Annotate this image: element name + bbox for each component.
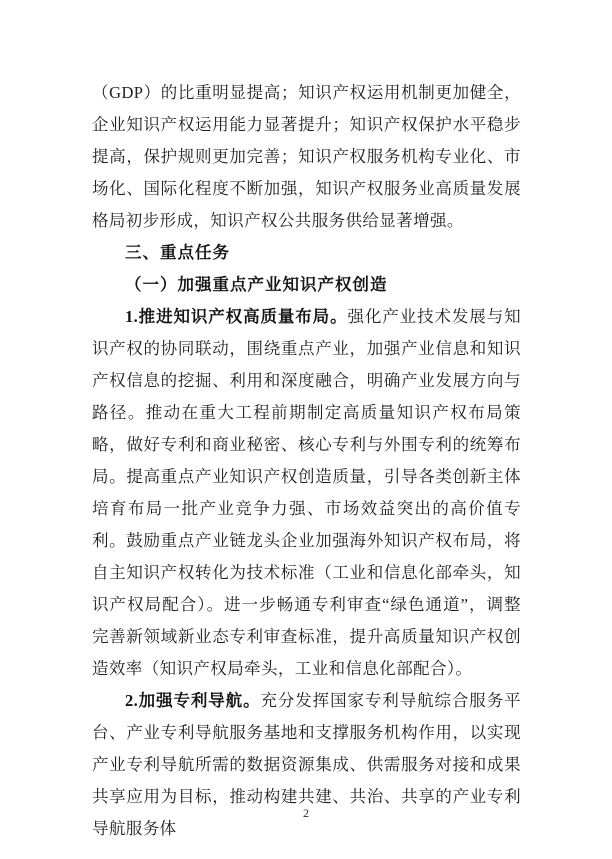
paragraph-lead: 1.推进知识产权高质量布局。 [125, 307, 347, 326]
paragraph-lead: 2.加强专利导航。 [125, 691, 260, 710]
subsection-heading: （一）加强重点产业知识产权创造 [92, 269, 521, 301]
paragraph-text: 强化产业技术发展与知识产权的协同联动，围绕重点产业，加强产业信息和知识产权信息的… [92, 307, 521, 678]
text-block: （GDP）的比重明显提高；知识产权运用机制更加健全，企业知识产权运用能力显著提升… [92, 77, 521, 845]
page-number: 2 [0, 803, 612, 823]
paragraph-continuation: （GDP）的比重明显提高；知识产权运用机制更加健全，企业知识产权运用能力显著提升… [92, 77, 521, 237]
paragraph: 1.推进知识产权高质量布局。强化产业技术发展与知识产权的协同联动，围绕重点产业，… [92, 301, 521, 685]
document-page: （GDP）的比重明显提高；知识产权运用机制更加健全，企业知识产权运用能力显著提升… [0, 0, 612, 859]
section-heading: 三、重点任务 [92, 237, 521, 269]
